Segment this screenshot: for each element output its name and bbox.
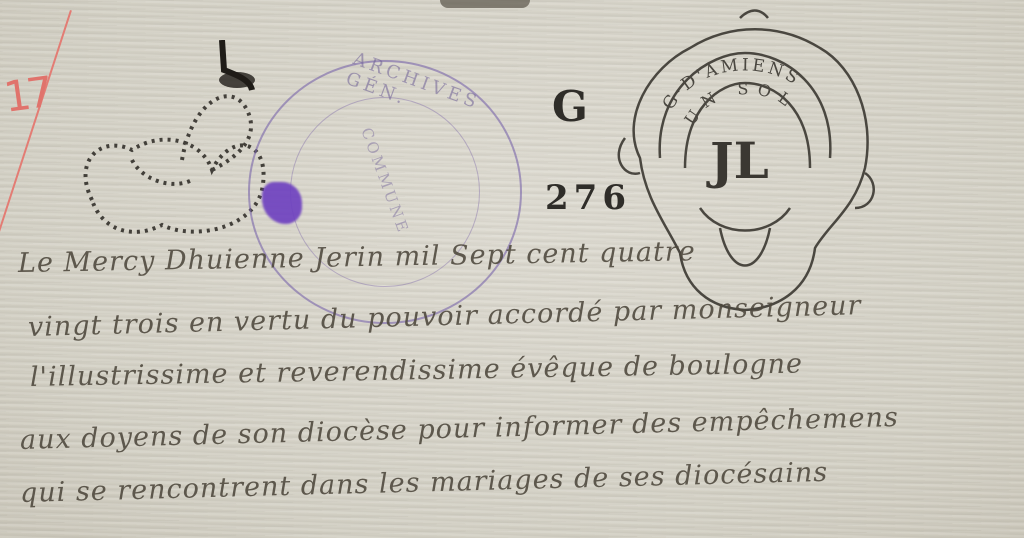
tax-stamp: G·D'AMIENS UN SOL JL (610, 8, 880, 318)
handwriting-line-4: aux doyens de son diocèse pour informer … (20, 402, 900, 456)
cartouche-icon: G·D'AMIENS UN SOL JL (610, 8, 880, 318)
series-letter: G (552, 82, 588, 131)
red-pencil-stroke (0, 10, 72, 234)
handwriting-line-5: qui se rencontrent dans les mariages de … (20, 457, 829, 509)
handwriting-line-3: l'illustrissime et reverendissime évêque… (30, 349, 804, 393)
tax-stamp-monogram: JL (706, 131, 769, 190)
red-pencil-number: 17 (1, 67, 53, 122)
manuscript-page: 17 ARCHIVES GÉN. COMMUNE G 276 (0, 0, 1024, 538)
top-ink-mark (440, 0, 530, 8)
